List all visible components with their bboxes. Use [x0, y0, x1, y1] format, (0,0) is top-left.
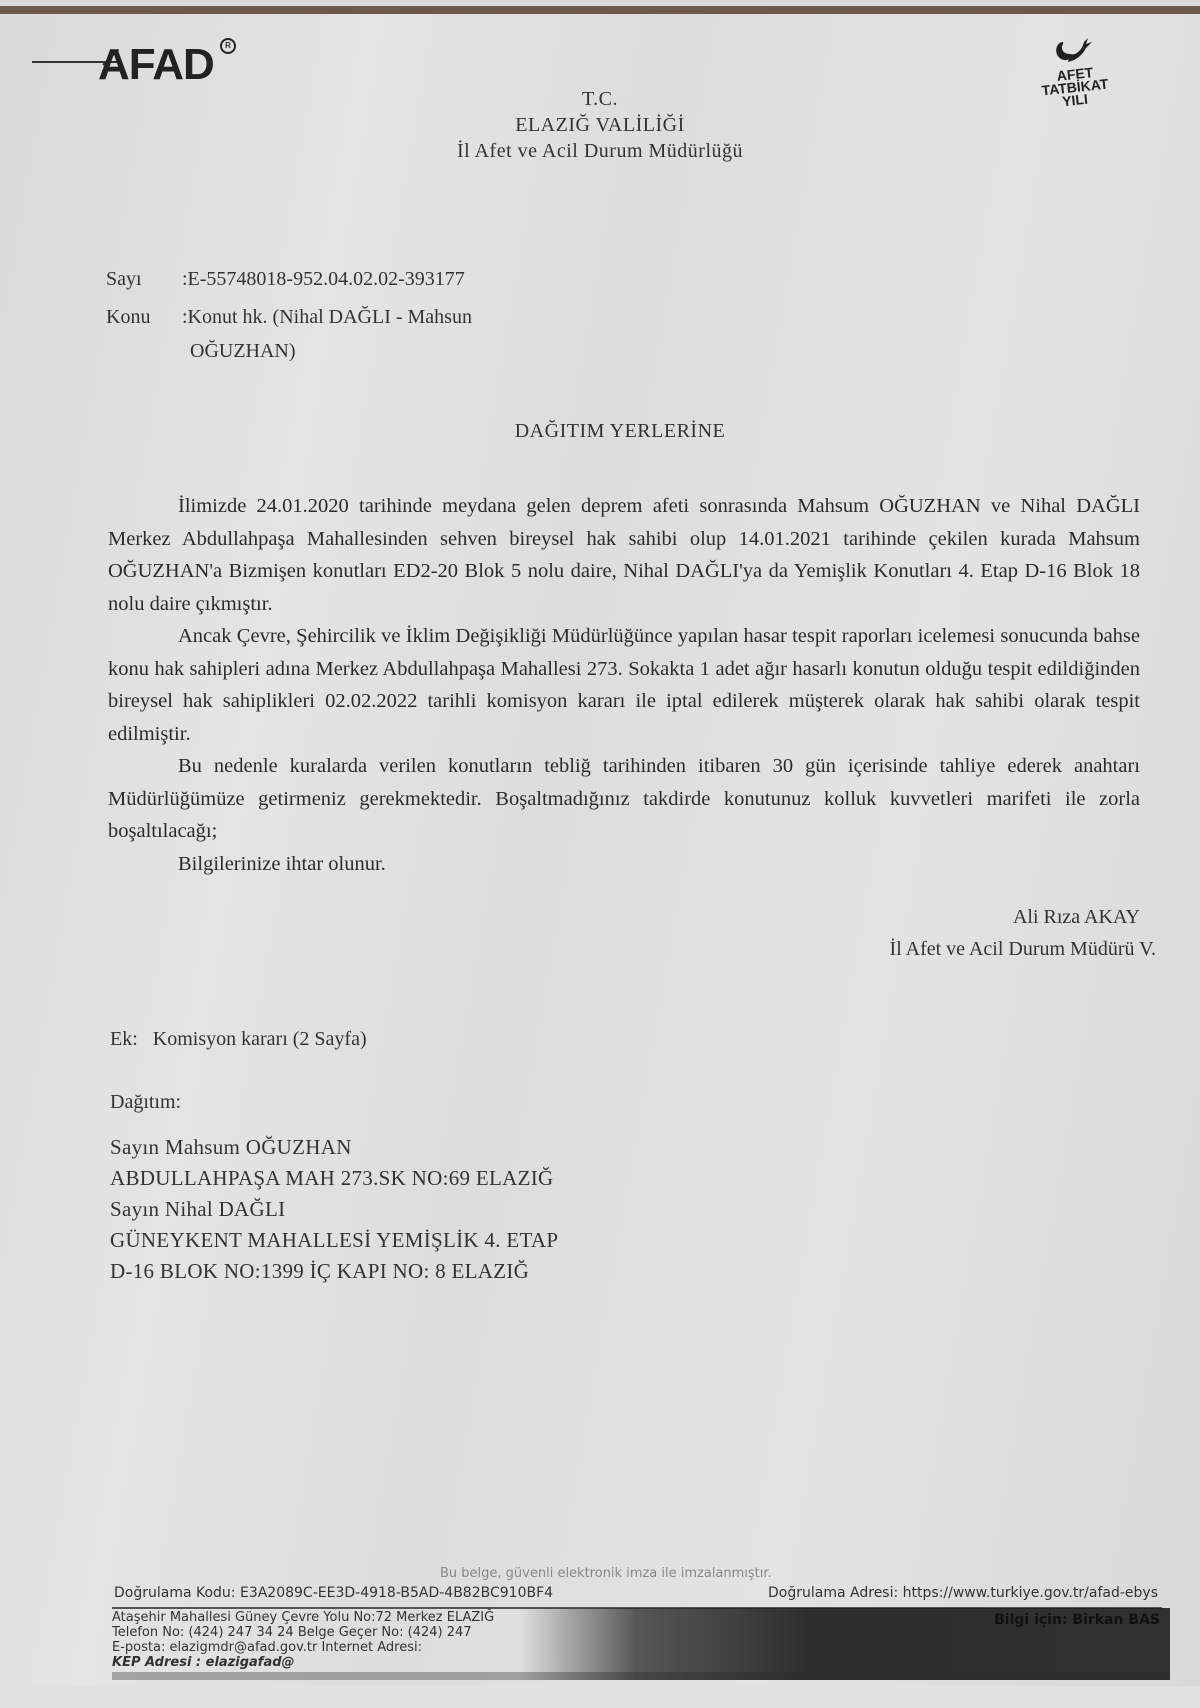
photo-background-edge [0, 6, 1200, 14]
attachment: Ek: Komisyon kararı (2 Sayfa) [110, 1028, 367, 1051]
letter-body: İlimizde 24.01.2020 tarihinde meydana ge… [108, 490, 1140, 880]
salutation: DAĞITIM YERLERİNE [0, 420, 1200, 443]
konu-value: :Konut hk. (Nihal DAĞLI - Mahsun [182, 306, 472, 328]
document-page: AFAD R AFET TATBİKAT YILI T.C. ELAZIĞ VA… [0, 6, 1200, 1708]
page-bottom-margin [0, 1686, 1200, 1708]
registered-icon: R [220, 38, 236, 54]
sayi-row: Sayı:E-55748018-952.04.02.02-393177 [106, 268, 465, 291]
afet-tatbikat-yili-badge: AFET TATBİKAT YILI [1030, 36, 1120, 126]
footer-info-contact: Bilgi için: Birkan BAS [994, 1612, 1160, 1628]
recipient-1-name: Sayın Mahsum OĞUZHAN [110, 1132, 558, 1163]
signatory-name: Ali Rıza AKAY [1013, 906, 1140, 929]
afad-logo-text: AFAD [98, 40, 214, 90]
paragraph-2: Ancak Çevre, Şehircilik ve İklim Değişik… [108, 620, 1140, 750]
verification-address: Doğrulama Adresi: https://www.turkiye.go… [768, 1585, 1158, 1601]
footer-shadow-edge [112, 1672, 1170, 1680]
recipient-2-address-2: D-16 BLOK NO:1399 İÇ KAPI NO: 8 ELAZIĞ [110, 1256, 558, 1287]
verification-code: Doğrulama Kodu: E3A2089C-EE3D-4918-B5AD-… [114, 1585, 553, 1601]
header-directorate: İl Afet ve Acil Durum Müdürlüğü [0, 140, 1200, 163]
attachment-label: Ek: [110, 1028, 138, 1050]
konu-value-cont: OĞUZHAN) [190, 340, 296, 363]
distribution-list: Sayın Mahsum OĞUZHAN ABDULLAHPAŞA MAH 27… [110, 1132, 558, 1287]
header-governorship: ELAZIĞ VALİLİĞİ [0, 114, 1200, 137]
recipient-2-address-1: GÜNEYKENT MAHALLESİ YEMİŞLİK 4. ETAP [110, 1225, 558, 1256]
header-tc: T.C. [0, 88, 1200, 111]
electronic-signature-note: Bu belge, güvenli elektronik imza ile im… [440, 1566, 772, 1581]
paragraph-1: İlimizde 24.01.2020 tarihinde meydana ge… [108, 490, 1140, 620]
sayi-label: Sayı [106, 268, 182, 291]
konu-label: Konu [106, 306, 182, 329]
attachment-value: Komisyon kararı (2 Sayfa) [153, 1028, 367, 1050]
paragraph-3: Bu nedenle kuralarda verilen konutların … [108, 750, 1140, 848]
recipient-2-name: Sayın Nihal DAĞLI [110, 1194, 558, 1225]
konu-row: Konu:Konut hk. (Nihal DAĞLI - Mahsun [106, 306, 472, 329]
distribution-label: Dağıtım: [110, 1091, 181, 1114]
sayi-value: :E-55748018-952.04.02.02-393177 [182, 268, 465, 290]
recipient-1-address: ABDULLAHPAŞA MAH 273.SK NO:69 ELAZIĞ [110, 1163, 558, 1194]
paragraph-4: Bilgilerinize ihtar olunur. [108, 848, 1140, 881]
signatory-title: İl Afet ve Acil Durum Müdürü V. [890, 938, 1156, 961]
verification-row: Doğrulama Kodu: E3A2089C-EE3D-4918-B5AD-… [112, 1585, 1162, 1609]
